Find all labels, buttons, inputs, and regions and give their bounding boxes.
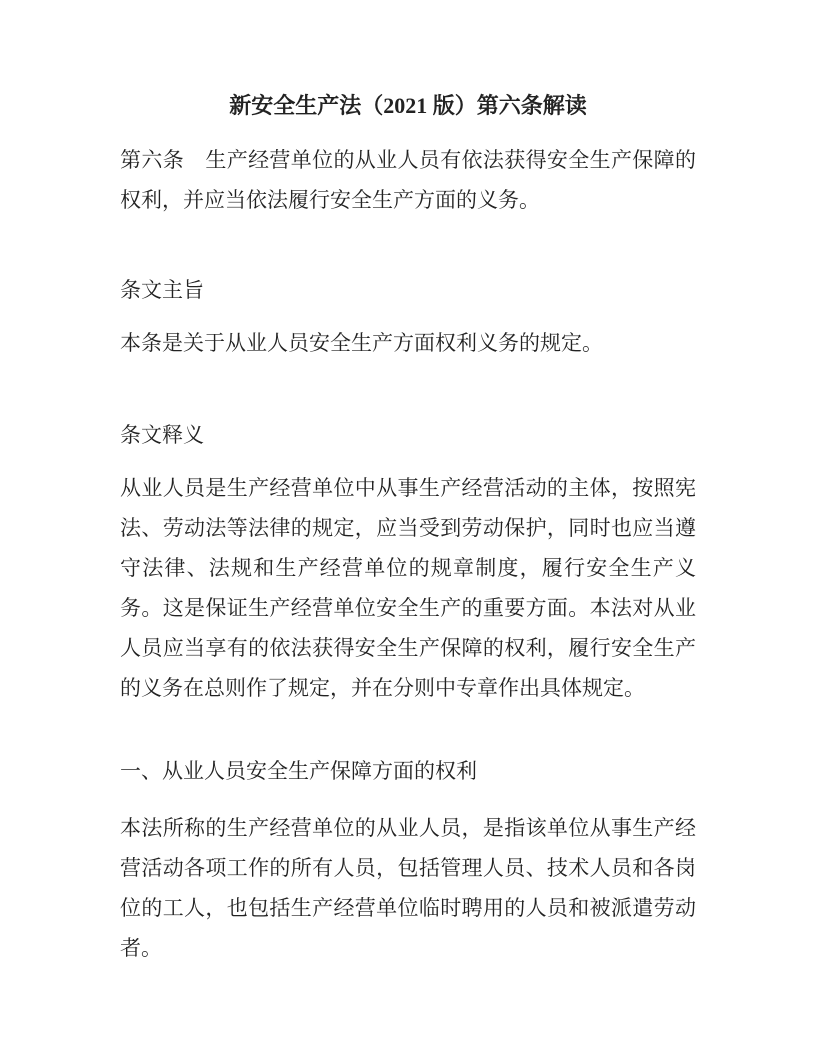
document-page: 新安全生产法（2021 版）第六条解读 第六条 生产经营单位的从业人员有依法获得… [0, 0, 816, 1056]
paragraph-article-purpose: 本条是关于从业人员安全生产方面权利义务的规定。 [120, 323, 696, 363]
heading-article-interpretation: 条文释义 [120, 415, 696, 455]
paragraph-article-interpretation: 从业人员是生产经营单位中从事生产经营活动的主体，按照宪法、劳动法等法律的规定，应… [120, 468, 696, 708]
heading-worker-rights: 一、从业人员安全生产保障方面的权利 [120, 751, 696, 791]
document-title: 新安全生产法（2021 版）第六条解读 [120, 86, 696, 126]
heading-article-purpose: 条文主旨 [120, 270, 696, 310]
article-text-paragraph: 第六条 生产经营单位的从业人员有依法获得安全生产保障的权利，并应当依法履行安全生… [120, 140, 696, 220]
paragraph-worker-rights: 本法所称的生产经营单位的从业人员，是指该单位从事生产经营活动各项工作的所有人员，… [120, 808, 696, 968]
